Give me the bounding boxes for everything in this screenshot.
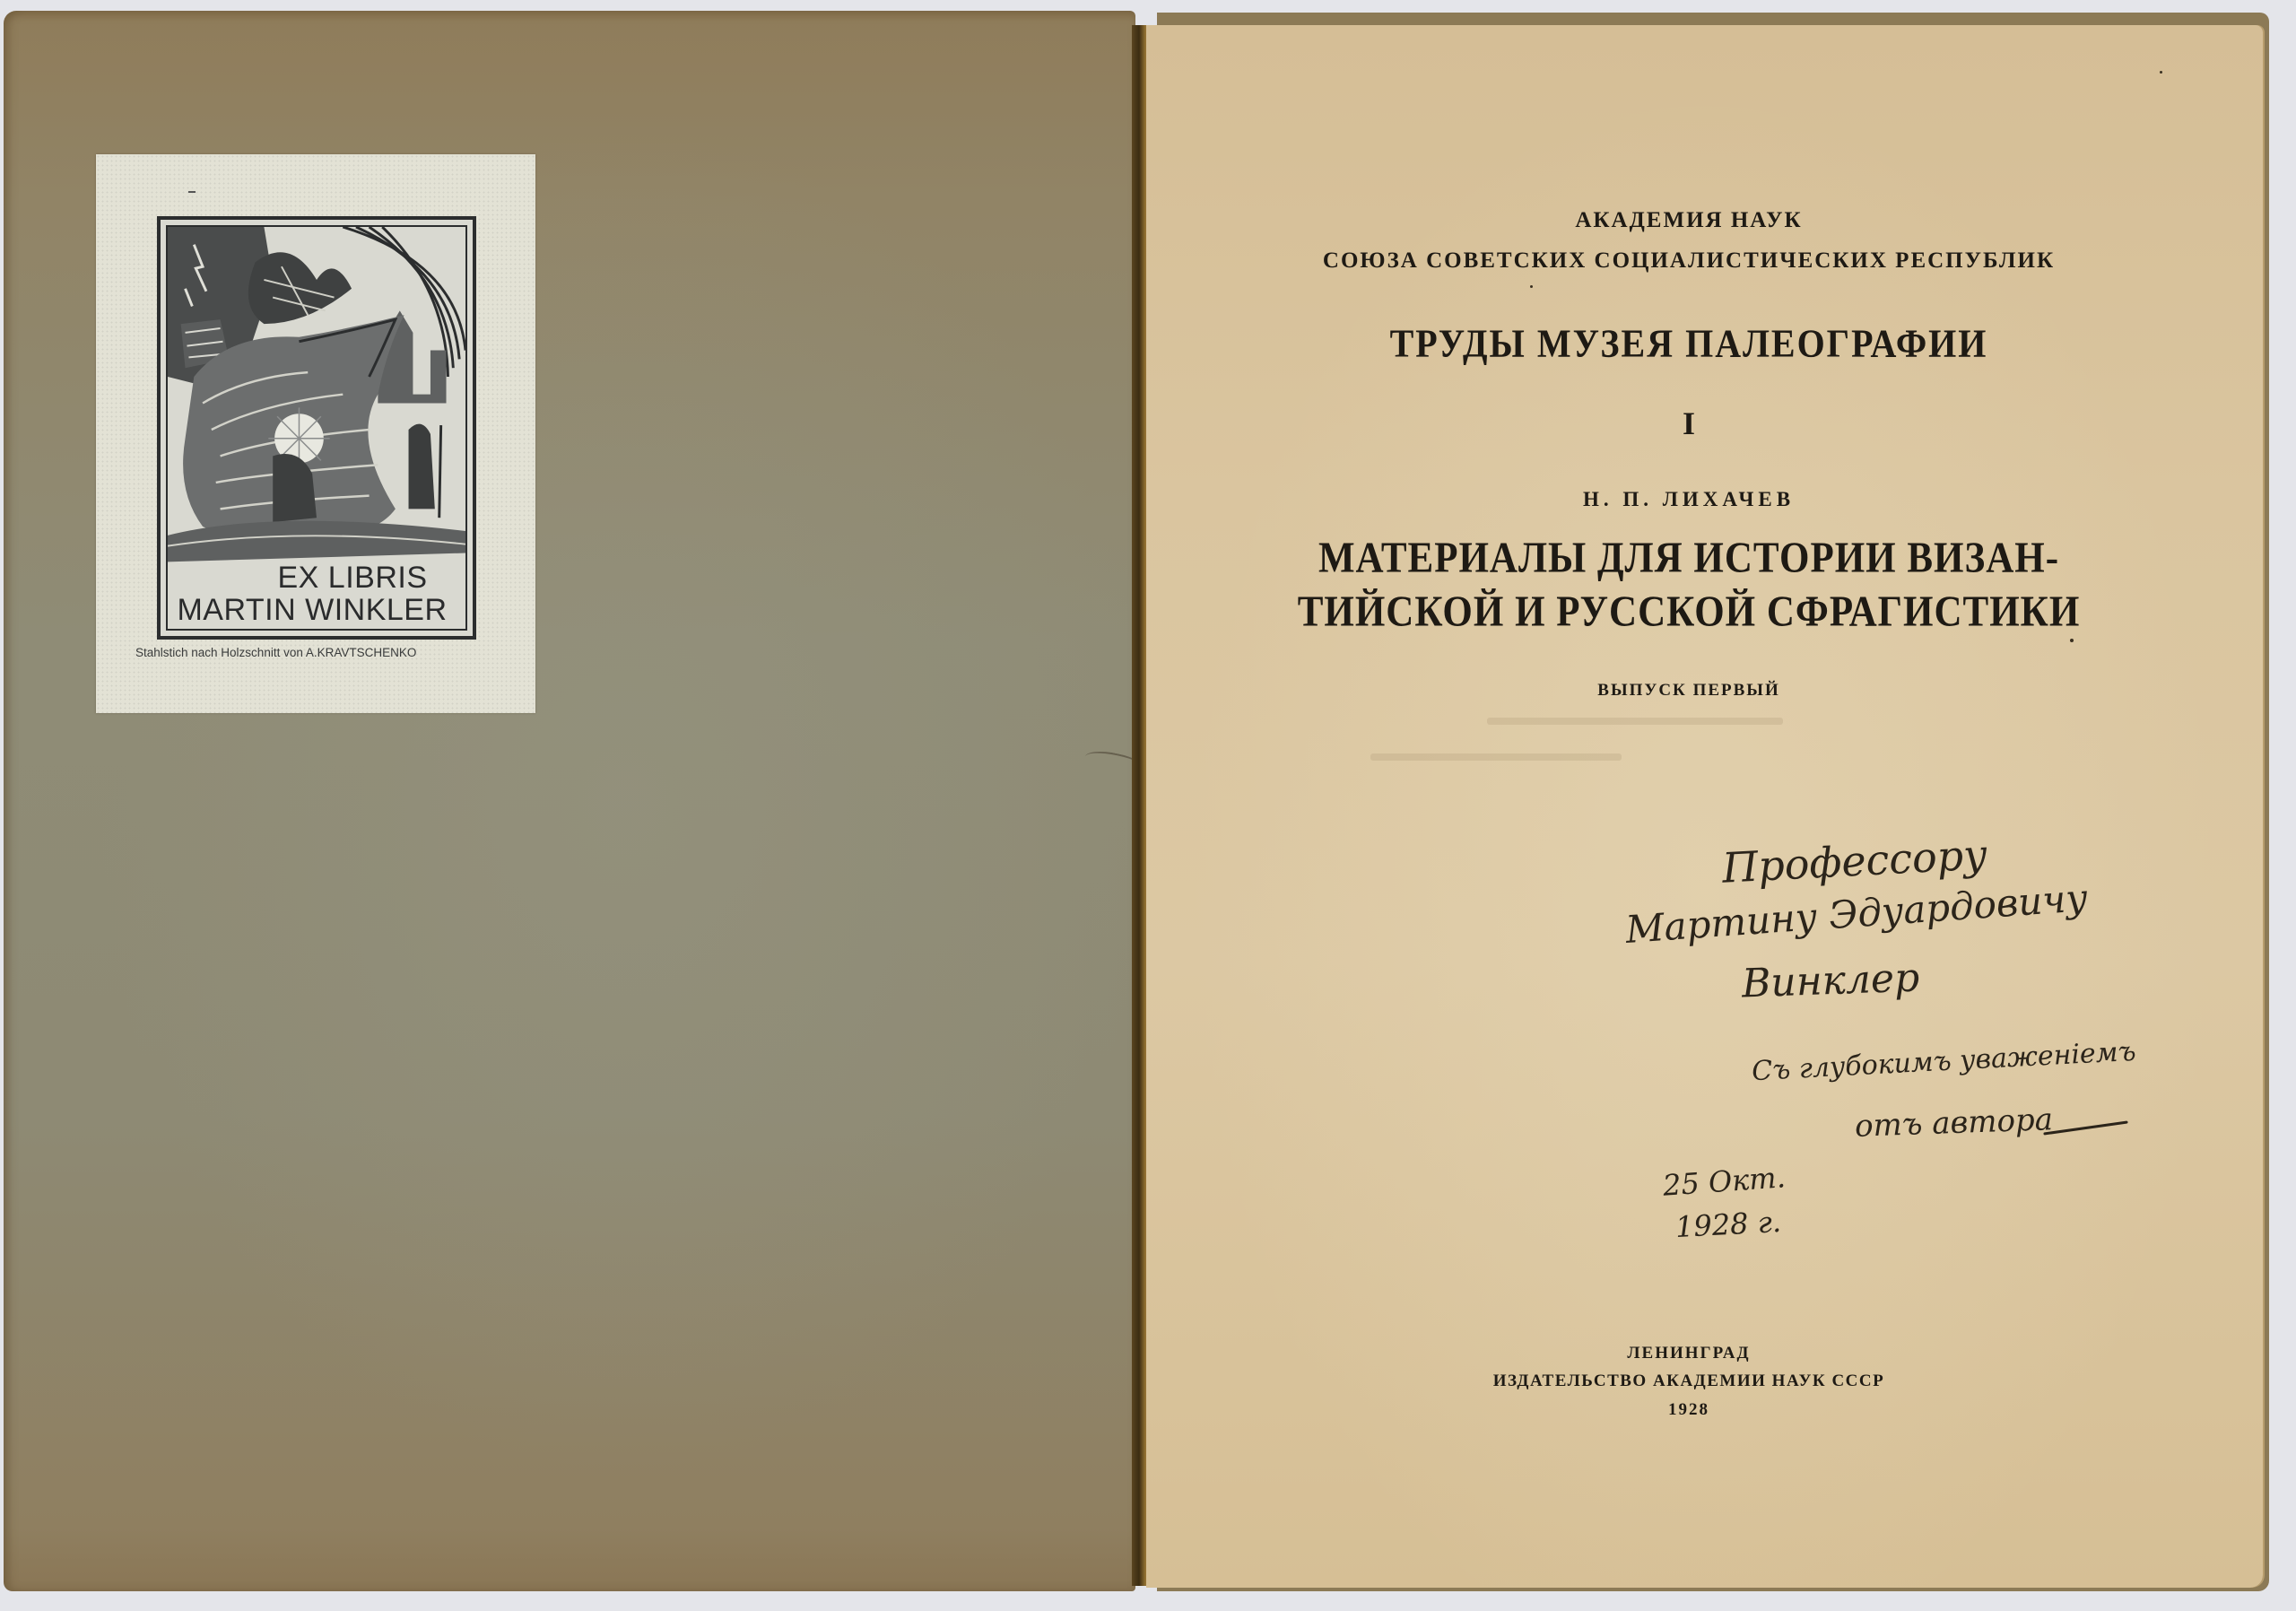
inscription-line-4: Съ глубокимъ уваженiемъ [1751, 1036, 2136, 1087]
front-cover-inside: EX LIBRIS MARTIN WINKLER Stahlstich nach… [4, 11, 1135, 1591]
show-through-text [1370, 753, 1622, 761]
imprint-city: ЛЕНИНГРАД [1146, 1344, 2231, 1363]
engraving-frame: EX LIBRIS MARTIN WINKLER [157, 216, 476, 640]
institution-line-1: АКАДЕМИЯ НАУК [1146, 208, 2231, 233]
book-title-line-1: МАТЕРИАЛЫ ДЛЯ ИСТОРИИ ВИЗАН- [1146, 534, 2231, 583]
inscription-flourish [2043, 1120, 2127, 1135]
inscription-line-2: Мартину Эдуардовичу [1624, 875, 2089, 952]
ink-mark [188, 191, 196, 193]
inscription-line-1: Профессору [1721, 830, 1988, 892]
book-title-line-2: ТИЙСКОЙ И РУССКОЙ СФРАГИСТИКИ [1146, 588, 2231, 637]
series-title: ТРУДЫ МУЗЕЯ ПАЛЕОГРАФИИ [1146, 320, 2231, 367]
inscription-line-5: отъ автора [1854, 1102, 2053, 1145]
inscription-date: 25 Окт. [1662, 1160, 1787, 1202]
ex-libris-label: EX LIBRIS [248, 562, 457, 593]
engraver-credit: Stahlstich nach Holzschnitt von A.KRAVTS… [135, 646, 512, 659]
ex-libris-bookplate: EX LIBRIS MARTIN WINKLER Stahlstich nach… [96, 154, 535, 713]
paper-speck [1530, 285, 1533, 288]
paper-speck [2160, 71, 2162, 74]
institution-line-2: СОЮЗА СОВЕТСКИХ СОЦИАЛИСТИЧЕСКИХ РЕСПУБЛ… [1146, 248, 2231, 274]
paper-speck [2070, 639, 2074, 642]
imprint-year: 1928 [1146, 1400, 2231, 1420]
inscription-year: 1928 г. [1674, 1205, 1782, 1244]
issue-label: ВЫПУСК ПЕРВЫЙ [1146, 681, 2231, 701]
volume-number: I [1146, 405, 2231, 442]
show-through-text [1487, 718, 1783, 725]
owner-name: MARTIN WINKLER [168, 595, 457, 625]
inscription-line-3: Винклер [1741, 955, 1920, 1007]
imprint-publisher: ИЗДАТЕЛЬСТВО АКАДЕМИИ НАУК СССР [1146, 1372, 2231, 1391]
author-name: Н. П. ЛИХАЧЕВ [1146, 488, 2231, 511]
title-page: АКАДЕМИЯ НАУК СОЮЗА СОВЕТСКИХ СОЦИАЛИСТИ… [1146, 25, 2263, 1588]
